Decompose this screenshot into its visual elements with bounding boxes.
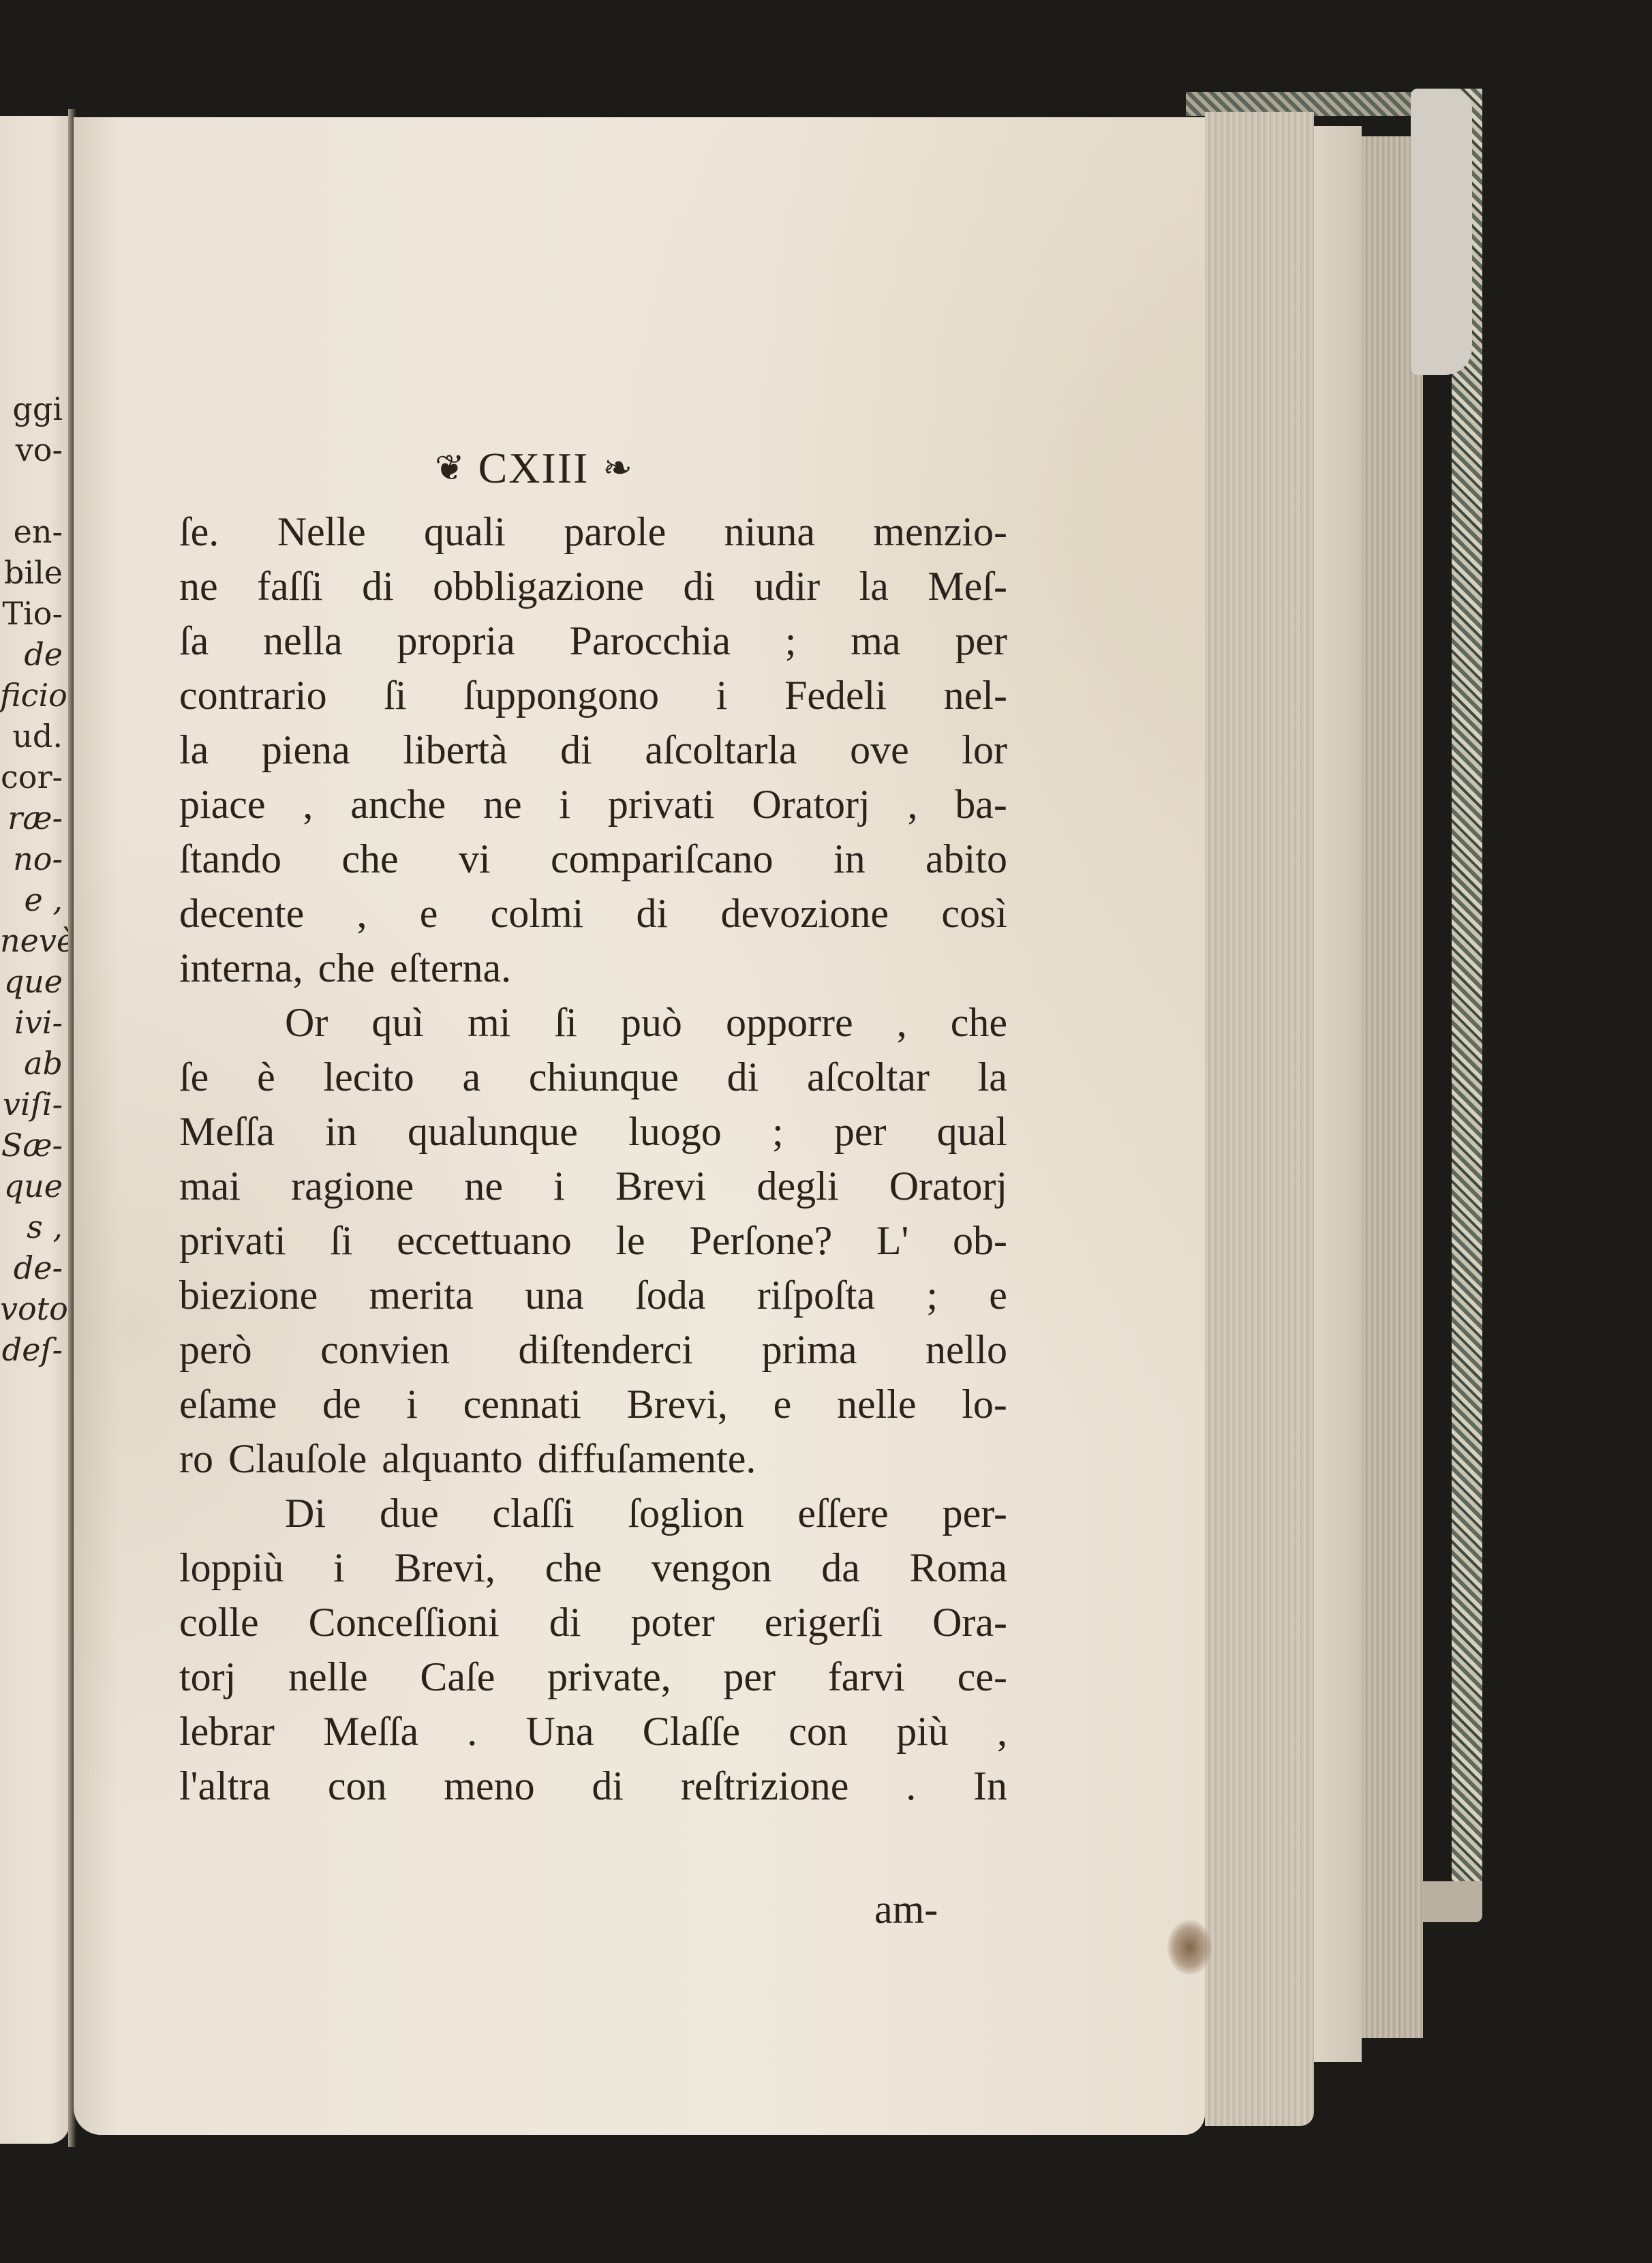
word: Perſone? <box>689 1213 832 1268</box>
word: vi <box>459 832 491 886</box>
word: nello <box>926 1322 1007 1377</box>
text-line: nefaſſidiobbligazionediudirlaMeſ- <box>179 559 1007 613</box>
word: ragione <box>291 1159 414 1213</box>
word: con <box>789 1704 848 1759</box>
word: ne <box>464 1159 503 1213</box>
word: interna, <box>179 941 303 995</box>
page-edges-back <box>1362 136 1423 2038</box>
word: per <box>834 1104 887 1159</box>
word: ob- <box>953 1213 1007 1268</box>
word: Meſſa <box>323 1704 418 1759</box>
word: in <box>833 832 866 886</box>
word: i <box>716 668 728 723</box>
word: convien <box>320 1322 450 1377</box>
text-line: eſamedeicennatiBrevi,enellelo- <box>179 1377 1007 1431</box>
book-page: ❦ CXIII ❧ ſe.Nellequaliparoleniunamenzio… <box>74 117 1205 2135</box>
text-line: interna,cheeſterna. <box>179 941 1007 995</box>
word: privati <box>179 1213 286 1268</box>
word: Conceſſioni <box>309 1595 500 1650</box>
word: di <box>637 886 669 941</box>
text-line: ſeèlecitoachiunquediaſcoltarla <box>179 1050 1007 1104</box>
word: ſtando <box>179 832 281 886</box>
word: colle <box>179 1595 259 1650</box>
word: due <box>380 1486 439 1540</box>
fleuron-left-icon: ❦ <box>435 451 465 486</box>
word: e <box>420 886 438 941</box>
word: per <box>955 613 1007 668</box>
catchword: am- <box>874 1886 938 1933</box>
text-line: privatiſieccettuanolePerſone?L'ob- <box>179 1213 1007 1268</box>
word: Or <box>285 995 328 1050</box>
word: ſe <box>179 1050 209 1104</box>
word: lor <box>962 723 1007 777</box>
text-line: decente,ecolmididevozionecosì <box>179 886 1007 941</box>
page-edges-middle <box>1314 126 1362 2062</box>
word: contrario <box>179 668 327 723</box>
word: che <box>545 1540 602 1595</box>
word: però <box>179 1322 252 1377</box>
word: propria <box>397 613 515 668</box>
text-line: loppiùiBrevi,chevengondaRoma <box>179 1540 1007 1595</box>
left-page-fragment: de- <box>0 1247 68 1288</box>
word: aſcoltar <box>807 1050 930 1104</box>
word: Ora- <box>932 1595 1007 1650</box>
word: , <box>356 886 367 941</box>
word: reſtrizione <box>681 1759 849 1813</box>
left-page-fragment: Tio- <box>0 593 68 634</box>
left-page-fragment: cor- <box>0 757 68 798</box>
word: private, <box>547 1650 671 1704</box>
left-page-fragment: ud. <box>0 716 68 757</box>
word: è <box>257 1050 275 1104</box>
left-page-fragment: que <box>0 1166 68 1206</box>
word: poter <box>630 1595 714 1650</box>
word: di <box>362 559 394 613</box>
running-head: ❦ CXIII ❧ <box>435 438 632 499</box>
word: . <box>467 1704 477 1759</box>
word: ſi <box>384 668 406 723</box>
word: ; <box>772 1104 784 1159</box>
word: così <box>941 886 1007 941</box>
left-page-fragment: ivi- <box>0 1002 68 1043</box>
word: quali <box>424 504 506 559</box>
word: ce- <box>958 1650 1007 1704</box>
word: la <box>859 559 889 613</box>
text-line: Didueclaſſiſoglioneſſereper- <box>179 1486 1007 1540</box>
page-number: CXIII <box>478 443 590 493</box>
left-page-fragment: que <box>0 961 68 1002</box>
text-line: colleConceſſionidipotererigerſiOra- <box>179 1595 1007 1650</box>
word: che <box>318 941 375 995</box>
word: che <box>951 995 1007 1050</box>
word: la <box>179 723 209 777</box>
word: cennati <box>463 1377 581 1431</box>
word: abito <box>926 832 1007 886</box>
word: ne <box>179 559 218 613</box>
word: e <box>774 1377 792 1431</box>
body-text: ſe.Nellequaliparoleniunamenzio-nefaſſidi… <box>179 504 1007 1813</box>
word: qualunque <box>408 1104 578 1159</box>
word: eſame <box>179 1377 277 1431</box>
word: aſcoltarla <box>645 723 797 777</box>
word: Clauſole <box>228 1431 367 1486</box>
word: diſtenderci <box>519 1322 694 1377</box>
word: e <box>989 1268 1007 1322</box>
word: devozione <box>720 886 889 941</box>
text-line: Meſſainqualunqueluogo;perqual <box>179 1104 1007 1159</box>
word: eſterna. <box>390 941 511 995</box>
word: claſſi <box>493 1486 575 1540</box>
word: decente <box>179 886 304 941</box>
word: Una <box>526 1704 594 1759</box>
left-page-fragment: bile <box>0 552 68 593</box>
left-page-fragment: voto <box>0 1288 68 1329</box>
word: ſoglion <box>628 1486 744 1540</box>
text-line: roClauſolealquantodiffuſamente. <box>179 1431 1007 1486</box>
word: chiunque <box>529 1050 679 1104</box>
word: diffuſamente. <box>538 1431 756 1486</box>
word: Oratorj <box>752 777 870 832</box>
word: Fedeli <box>784 668 887 723</box>
word: luogo <box>628 1104 722 1159</box>
word: ſe. <box>179 504 219 559</box>
left-page-text-fragments: ggivo-en-bileTio-deficioud.cor-ræ-no-e ,… <box>0 389 68 1370</box>
word: una <box>525 1268 584 1322</box>
left-page-fragment: s , <box>0 1206 68 1247</box>
left-page-fragment: ggi <box>0 389 68 429</box>
word: di <box>727 1050 759 1104</box>
word: opporre <box>726 995 853 1050</box>
text-line: torjnelleCaſeprivate,perfarvice- <box>179 1650 1007 1704</box>
word: nel- <box>944 668 1007 723</box>
word: privati <box>608 777 715 832</box>
word: ſuppongono <box>463 668 659 723</box>
left-page-fragment: nevè <box>0 920 68 961</box>
word: ſi <box>555 995 577 1050</box>
word: ; <box>785 613 797 668</box>
word: ; <box>926 1268 938 1322</box>
word: torj <box>179 1650 236 1704</box>
word: de <box>322 1377 361 1431</box>
text-line: biezionemeritaunaſodariſpoſta;e <box>179 1268 1007 1322</box>
text-line: mairagioneneiBrevidegliOratorj <box>179 1159 1007 1213</box>
word: alquanto <box>382 1431 523 1486</box>
left-page-fragment: viſi- <box>0 1084 68 1125</box>
word: vengon <box>652 1540 772 1595</box>
text-line: peròconviendiſtenderciprimanello <box>179 1322 1007 1377</box>
flyleaf-corner <box>1411 89 1472 375</box>
word: udir <box>754 559 821 613</box>
left-page-fragment: deſ- <box>0 1329 68 1370</box>
word: l'altra <box>179 1759 271 1813</box>
text-line: ſtandochevicompariſcanoinabito <box>179 832 1007 886</box>
word: i <box>553 1159 565 1213</box>
word: i <box>333 1540 345 1595</box>
word: i <box>559 777 570 832</box>
word: Meſſa <box>179 1104 275 1159</box>
word: nella <box>263 613 343 668</box>
word: colmi <box>491 886 584 941</box>
word: lebrar <box>179 1704 275 1759</box>
word: piace <box>179 777 266 832</box>
word: ro <box>179 1431 213 1486</box>
word: a <box>462 1050 480 1104</box>
word: mai <box>179 1159 241 1213</box>
word: , <box>997 1704 1007 1759</box>
word: più <box>896 1704 949 1759</box>
word: ba- <box>955 777 1007 832</box>
word: di <box>549 1595 581 1650</box>
word: nelle <box>837 1377 917 1431</box>
word: quì <box>371 995 424 1050</box>
left-page-fragment: Sæ- <box>0 1125 68 1166</box>
word: parole <box>564 504 666 559</box>
word: ove <box>850 723 909 777</box>
word: , <box>303 777 313 832</box>
foxing-stain <box>1167 1920 1212 1975</box>
word: di <box>560 723 592 777</box>
word: Di <box>285 1486 326 1540</box>
page-edges-front <box>1205 112 1314 2126</box>
word: loppiù <box>179 1540 284 1595</box>
word: L' <box>876 1213 908 1268</box>
word: Roma <box>910 1540 1007 1595</box>
word: qual <box>937 1104 1007 1159</box>
word: In <box>973 1759 1007 1813</box>
word: riſpoſta <box>757 1268 875 1322</box>
left-page-fragment: vo- <box>0 429 68 470</box>
word: compariſcano <box>551 832 774 886</box>
left-page-fragment: ab <box>0 1043 68 1084</box>
left-page-fragment: e , <box>0 879 68 920</box>
word: prima <box>762 1322 857 1377</box>
word: con <box>328 1759 387 1813</box>
word: anche <box>350 777 446 832</box>
word: la <box>978 1050 1007 1104</box>
word: meno <box>444 1759 534 1813</box>
word: ſoda <box>635 1268 705 1322</box>
text-line: piace,ancheneiprivatiOratorj,ba- <box>179 777 1007 832</box>
word: ſa <box>179 613 209 668</box>
word: Oratorj <box>889 1159 1007 1213</box>
text-line: lapienalibertàdiaſcoltarlaovelor <box>179 723 1007 777</box>
left-page-fragment <box>0 470 68 511</box>
fleuron-right-icon: ❧ <box>602 451 632 486</box>
word: può <box>621 995 682 1050</box>
word: merita <box>369 1268 474 1322</box>
word: libertà <box>403 723 507 777</box>
text-line: Orquìmiſipuòopporre,che <box>179 995 1007 1050</box>
word: , <box>897 995 907 1050</box>
word: Nelle <box>277 504 366 559</box>
word: obbligazione <box>433 559 644 613</box>
word: Brevi, <box>395 1540 495 1595</box>
word: biezione <box>179 1268 318 1322</box>
word: faſſi <box>257 559 323 613</box>
word: ſi <box>330 1213 352 1268</box>
word: di <box>683 559 715 613</box>
word: le <box>615 1213 645 1268</box>
word: per- <box>943 1486 1007 1540</box>
word: niuna <box>724 504 815 559</box>
text-line: contrarioſiſuppongonoiFedelinel- <box>179 668 1007 723</box>
word: mi <box>468 995 510 1050</box>
word: Brevi, <box>627 1377 728 1431</box>
left-page-fragment: en- <box>0 511 68 552</box>
text-line: ſanellapropriaParocchia;maper <box>179 613 1007 668</box>
word: Claſſe <box>643 1704 740 1759</box>
left-page-fragment: no- <box>0 838 68 879</box>
word: erigerſi <box>765 1595 883 1650</box>
word: eſſere <box>797 1486 888 1540</box>
left-page-fragment: ficio <box>0 675 68 716</box>
word: Meſ- <box>928 559 1007 613</box>
word: farvi <box>828 1650 905 1704</box>
word: da <box>821 1540 860 1595</box>
word: Brevi <box>615 1159 706 1213</box>
word: di <box>592 1759 624 1813</box>
word: eccettuano <box>397 1213 572 1268</box>
word: menzio- <box>873 504 1007 559</box>
word: Parocchia <box>569 613 731 668</box>
text-line: l'altraconmenodireſtrizione.In <box>179 1759 1007 1813</box>
word: Caſe <box>420 1650 495 1704</box>
word: lecito <box>323 1050 414 1104</box>
word: per <box>723 1650 776 1704</box>
word: piena <box>262 723 350 777</box>
word: lo- <box>962 1377 1007 1431</box>
left-page-fragment: de <box>0 634 68 675</box>
left-page-fragment: ræ- <box>0 798 68 838</box>
text-line: lebrarMeſſa.UnaClaſſeconpiù, <box>179 1704 1007 1759</box>
word: degli <box>757 1159 839 1213</box>
word: . <box>906 1759 916 1813</box>
word: ma <box>851 613 900 668</box>
text-line: ſe.Nellequaliparoleniunamenzio- <box>179 504 1007 559</box>
word: ne <box>483 777 522 832</box>
word: nelle <box>288 1650 368 1704</box>
word: i <box>406 1377 418 1431</box>
word: , <box>907 777 917 832</box>
word: che <box>341 832 398 886</box>
word: in <box>325 1104 357 1159</box>
